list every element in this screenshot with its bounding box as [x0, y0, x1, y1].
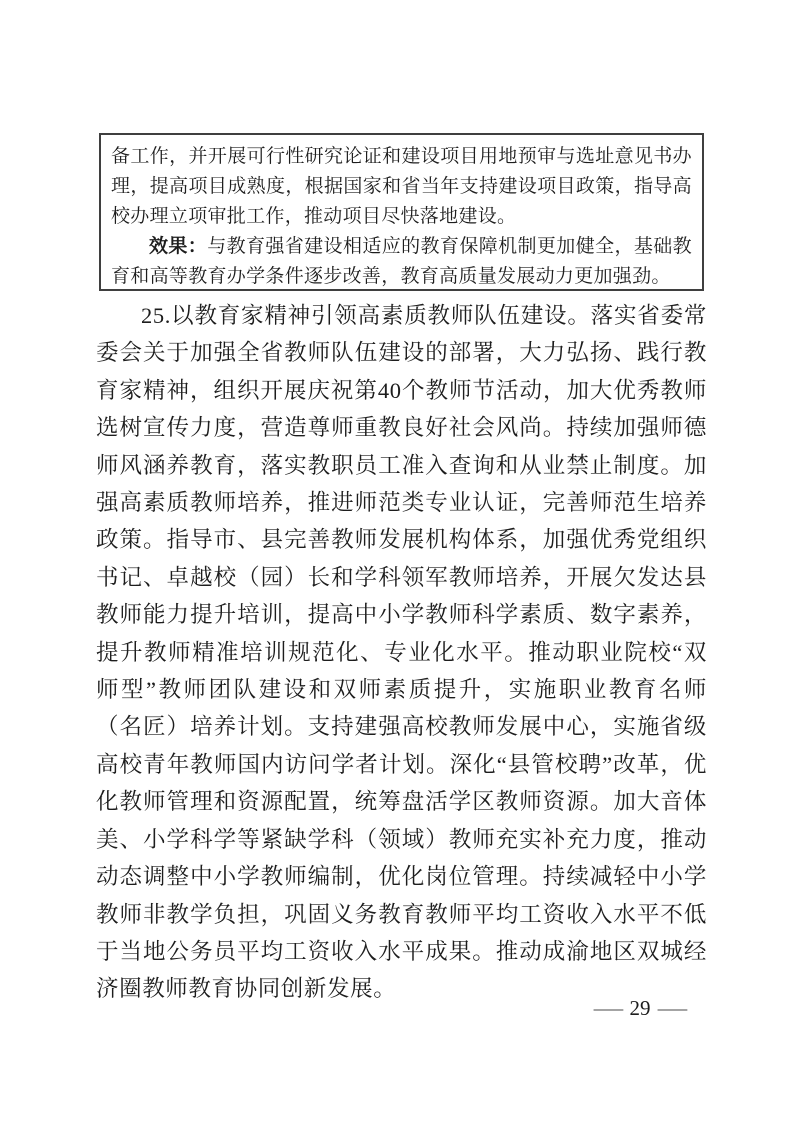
page-number-dash-left: — [593, 996, 622, 1021]
effect-paragraph: 效果：与教育强省建设相适应的教育保障机制更加健全，基础教育和高等教育办学条件逐步… [111, 232, 692, 292]
item-number: 25. [141, 303, 171, 328]
page-number: — 29 — [560, 996, 720, 1021]
page-number-dash-right: — [657, 996, 686, 1021]
page-number-value: 29 [630, 996, 651, 1021]
effect-label: 效果： [149, 236, 207, 257]
item-body: 落实省委常委会关于加强全省教师队伍建设的部署，大力弘扬、践行教育家精神，组织开展… [96, 303, 707, 1001]
effect-box: 备工作，并开展可行性研究论证和建设项目用地预审与选址意见书办理，提高项目成熟度，… [99, 133, 704, 291]
box-continuation-text: 备工作，并开展可行性研究论证和建设项目用地预审与选址意见书办理，提高项目成熟度，… [111, 142, 692, 232]
document-page: 备工作，并开展可行性研究论证和建设项目用地预审与选址意见书办理，提高项目成熟度，… [0, 0, 793, 1122]
item-25-paragraph: 25.以教育家精神引领高素质教师队伍建设。落实省委常委会关于加强全省教师队伍建设… [96, 297, 707, 1008]
item-title: 以教育家精神引领高素质教师队伍建设。 [171, 303, 591, 328]
